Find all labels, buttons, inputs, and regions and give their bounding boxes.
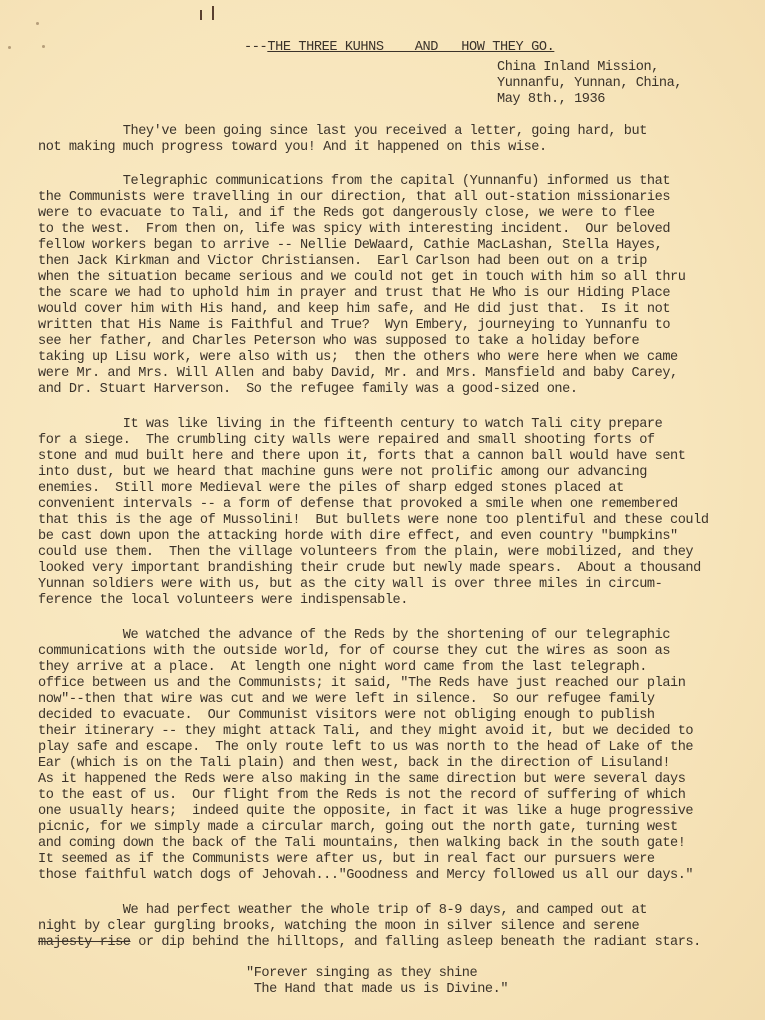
text-line: into dust, but we heard that machine gun… xyxy=(38,465,647,481)
text-line: communications with the outside world, f… xyxy=(38,644,670,660)
typewritten-letter-page: ---THE THREE KUHNS AND HOW THEY GO. Chin… xyxy=(0,0,765,1020)
text-line: for a siege. The crumbling city walls we… xyxy=(38,433,655,449)
text-line: see her father, and Charles Peterson who… xyxy=(38,334,639,350)
title-prefix: --- xyxy=(244,40,267,55)
text-line: majesty rise or dip behind the hilltops,… xyxy=(38,935,701,951)
text-line: could use them. Then the village volunte… xyxy=(38,545,693,561)
text-line: Ear (which is on the Tali plain) and the… xyxy=(38,756,670,772)
text-line: the scare we had to uphold him in prayer… xyxy=(38,286,670,302)
text-line: convenient intervals -- a form of defens… xyxy=(38,497,678,513)
text-line: We watched the advance of the Reds by th… xyxy=(38,628,670,644)
text-line: Yunnan soldiers were with us, but as the… xyxy=(38,577,662,593)
text-line: picnic, for we simply made a circular ma… xyxy=(38,820,678,836)
poem-line: "Forever singing as they shine xyxy=(246,966,477,982)
text-line: decided to evacuate. Our Communist visit… xyxy=(38,708,655,724)
text-line: looked very important brandishing their … xyxy=(38,561,701,577)
text-line: night by clear gurgling brooks, watching… xyxy=(38,919,639,935)
text-line: were to evacuate to Tali, and if the Red… xyxy=(38,206,655,222)
text-line: their itinerary -- they might attack Tal… xyxy=(38,724,693,740)
text-line: when the situation became serious and we… xyxy=(38,270,685,286)
text-line: and Dr. Stuart Harverson. So the refugee… xyxy=(38,382,578,398)
text-line: be cast down upon the attacking horde wi… xyxy=(38,529,678,545)
text-line: taking up Lisu work, were also with us; … xyxy=(38,350,678,366)
text-line: We had perfect weather the whole trip of… xyxy=(38,903,647,919)
text-line: then Jack Kirkman and Victor Christianse… xyxy=(38,254,647,270)
date-line: May 8th., 1936 xyxy=(497,92,605,108)
text-line: that this is the age of Mussolini! But b… xyxy=(38,513,709,529)
title-text: THE THREE KUHNS AND HOW THEY GO. xyxy=(267,40,554,55)
poem-line: The Hand that made us is Divine." xyxy=(246,982,508,998)
text-line: stone and mud built here and there upon … xyxy=(38,449,685,465)
text-line: It was like living in the fifteenth cent… xyxy=(38,417,662,433)
text-line: ference the local volunteers were indisp… xyxy=(38,593,408,609)
text-line: they arrive at a place. At length one ni… xyxy=(38,660,647,676)
text-line: would cover him with His hand, and keep … xyxy=(38,302,670,318)
text-line: fellow workers began to arrive -- Nellie… xyxy=(38,238,662,254)
text-fragment: or dip behind the hilltops, and falling … xyxy=(131,935,701,950)
ink-mark xyxy=(200,10,202,20)
text-line: As it happened the Reds were also making… xyxy=(38,772,685,788)
text-line: those faithful watch dogs of Jehovah..."… xyxy=(38,868,693,884)
text-line: were Mr. and Mrs. Will Allen and baby Da… xyxy=(38,366,678,382)
text-line: not making much progress toward you! And… xyxy=(38,140,547,156)
text-line: to the east of us. Our flight from the R… xyxy=(38,788,685,804)
text-line: one usually hears; indeed quite the oppo… xyxy=(38,804,693,820)
text-line: Telegraphic communications from the capi… xyxy=(38,174,670,190)
paper-speck xyxy=(8,46,11,49)
text-line: to the west. From then on, life was spic… xyxy=(38,222,670,238)
text-line: enemies. Still more Medieval were the pi… xyxy=(38,481,624,497)
text-line: play safe and escape. The only route lef… xyxy=(38,740,693,756)
address-line: Yunnanfu, Yunnan, China, xyxy=(497,76,682,92)
paper-speck xyxy=(36,22,39,25)
text-line: They've been going since last you receiv… xyxy=(38,124,647,140)
struck-text: majesty rise xyxy=(38,935,131,950)
text-line: written that His Name is Faithful and Tr… xyxy=(38,318,670,334)
text-line: It seemed as if the Communists were afte… xyxy=(38,852,655,868)
text-line: now"--then that wire was cut and we were… xyxy=(38,692,655,708)
paper-speck xyxy=(42,45,45,48)
text-line: and coming down the back of the Tali mou… xyxy=(38,836,685,852)
text-line: the Communists were travelling in our di… xyxy=(38,190,670,206)
ink-mark xyxy=(212,6,214,20)
text-line: office between us and the Communists; it… xyxy=(38,676,685,692)
address-line: China Inland Mission, xyxy=(497,60,659,76)
